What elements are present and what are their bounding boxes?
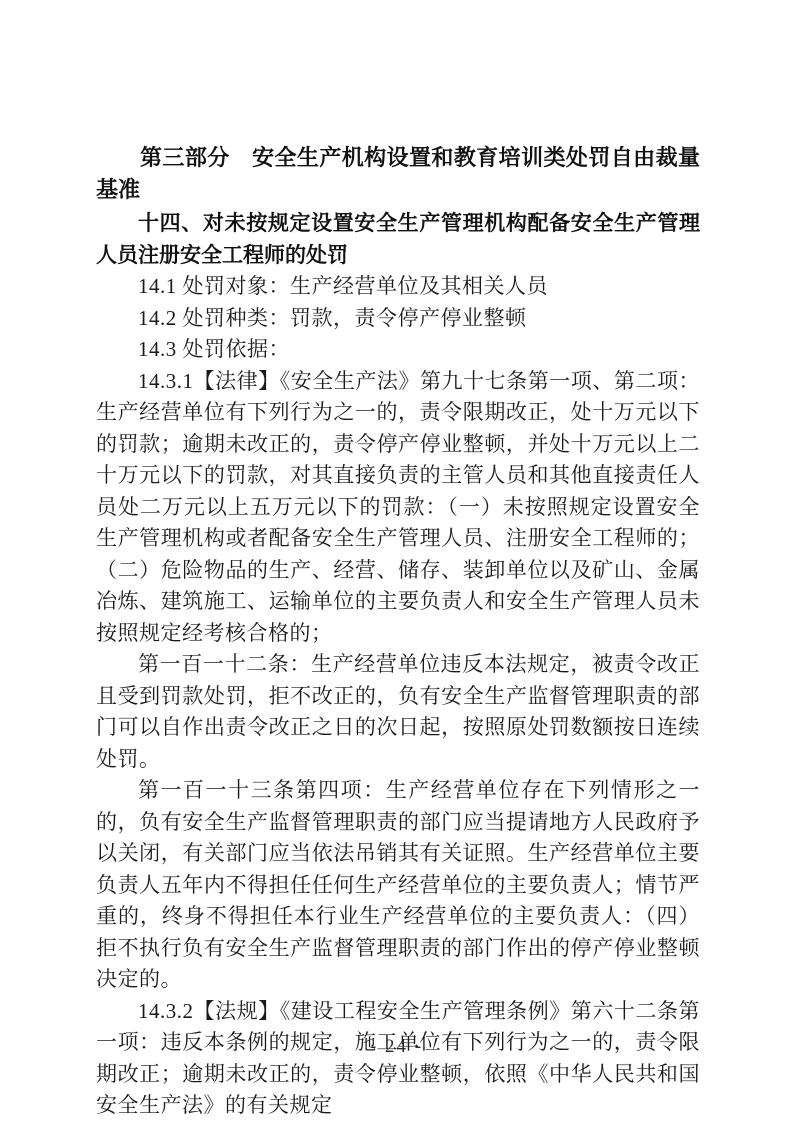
document-page: 第三部分 安全生产机构设置和教育培训类处罚自由裁量基准 十四、对未按规定设置安全… xyxy=(0,0,793,1122)
paragraph-article-113: 第一百一十三条第四项：生产经营单位存在下列情形之一的，负有安全生产监督管理职责的… xyxy=(96,775,700,996)
paragraph-regulation-item: 14.3.2【法规】《建设工程安全生产管理条例》第六十二条第一项：违反本条例的规… xyxy=(96,996,700,1122)
page-number: - 24 - xyxy=(0,1036,793,1058)
paragraph-article-112: 第一百一十二条：生产经营单位违反本法规定，被责令改正且受到罚款处罚，拒不改正的，… xyxy=(96,649,700,775)
part-heading: 第三部分 安全生产机构设置和教育培训类处罚自由裁量基准 xyxy=(96,143,700,207)
paragraph-penalty-basis: 14.3 处罚依据： xyxy=(96,334,700,366)
paragraph-penalty-target: 14.1 处罚对象：生产经营单位及其相关人员 xyxy=(96,271,700,303)
paragraph-law-item: 14.3.1【法律】《安全生产法》第九十七条第一项、第二项：生产经营单位有下列行… xyxy=(96,366,700,650)
paragraph-penalty-type: 14.2 处罚种类：罚款，责令停产停业整顿 xyxy=(96,303,700,335)
document-body: 第三部分 安全生产机构设置和教育培训类处罚自由裁量基准 十四、对未按规定设置安全… xyxy=(96,143,700,1122)
section-heading: 十四、对未按规定设置安全生产管理机构配备安全生产管理人员注册安全工程师的处罚 xyxy=(96,207,700,271)
